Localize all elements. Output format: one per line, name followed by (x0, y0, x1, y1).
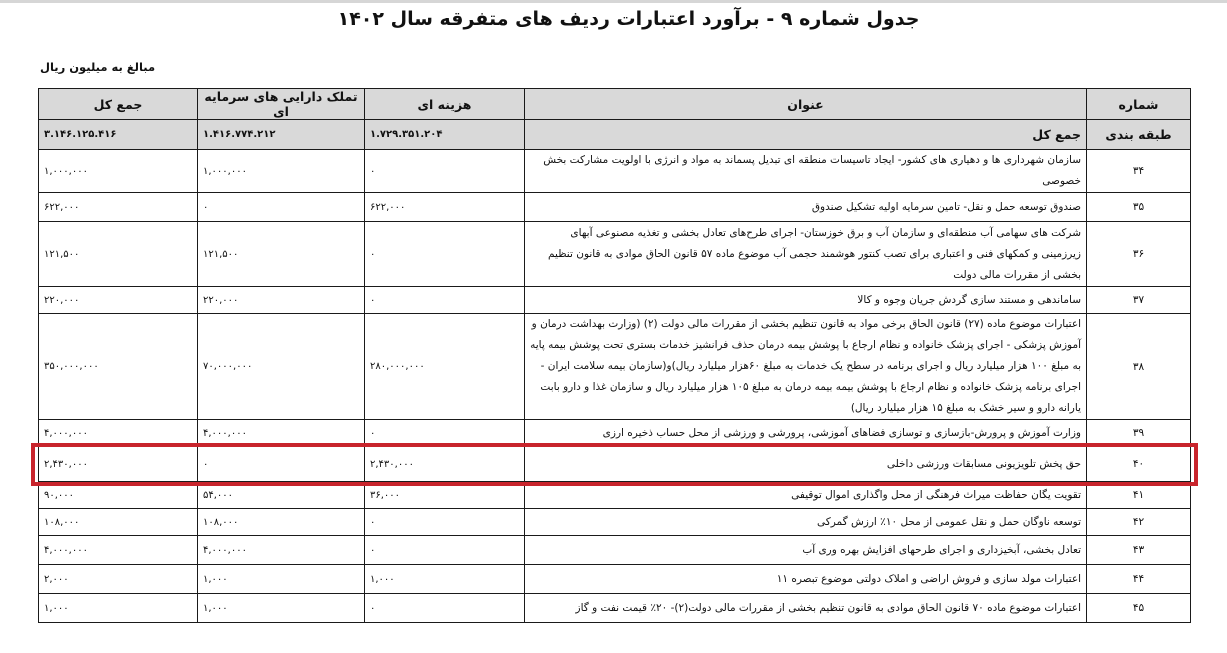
row-title: سازمان شهرداری ها و دهیاری های کشور- ایج… (525, 150, 1087, 193)
row-total: ۲۲۰,۰۰۰ (39, 287, 198, 314)
table-row: ۳۶ شرکت های سهامی آب منطقه‌ای و سازمان آ… (39, 222, 1191, 287)
row-capital: ۱,۰۰۰ (198, 565, 365, 594)
row-number: ۳۷ (1087, 287, 1191, 314)
row-number: ۳۹ (1087, 420, 1191, 447)
header-title: عنوان (525, 89, 1087, 120)
row-expense: ۰ (365, 287, 525, 314)
row-total: ۱۰۸,۰۰۰ (39, 509, 198, 536)
table-row: ۴۲ توسعه ناوگان حمل و نقل عمومی از محل ۱… (39, 509, 1191, 536)
table-row: ۳۷ ساماندهی و مستند سازی گردش جریان وجوه… (39, 287, 1191, 314)
row-expense: ۰ (365, 222, 525, 287)
grand-total-label: جمع کل (525, 120, 1087, 150)
row-title: وزارت آموزش و پرورش-بازسازی و توسازی فضا… (525, 420, 1087, 447)
row-expense: ۱,۰۰۰ (365, 565, 525, 594)
row-capital: ۴,۰۰۰,۰۰۰ (198, 420, 365, 447)
row-number: ۳۶ (1087, 222, 1191, 287)
table-row: ۴۱ تقویت یگان حفاظت میراث فرهنگی از محل … (39, 482, 1191, 509)
row-title: شرکت های سهامی آب منطقه‌ای و سازمان آب و… (525, 222, 1087, 287)
unit-note: مبالغ به میلیون ریال (40, 60, 240, 74)
grand-total-expense: ۱.۷۲۹.۳۵۱.۲۰۴ (365, 120, 525, 150)
row-capital: ۰ (198, 193, 365, 222)
top-divider (0, 0, 1227, 3)
table-row-highlighted: ۴۰ حق پخش تلویزیونی مسابقات ورزشی داخلی … (39, 447, 1191, 482)
row-expense: ۲,۴۳۰,۰۰۰ (365, 447, 525, 482)
header-capital: تملک دارایی های سرمایه ای (198, 89, 365, 120)
row-number: ۴۵ (1087, 594, 1191, 623)
table-row: ۴۴ اعتبارات مولد سازی و فروش اراضی و امل… (39, 565, 1191, 594)
table-header-row: شماره عنوان هزینه ای تملک دارایی های سرم… (39, 89, 1191, 120)
row-number: ۴۰ (1087, 447, 1191, 482)
classification-label: طبقه بندی (1087, 120, 1191, 150)
header-expense: هزینه ای (365, 89, 525, 120)
document-title: جدول شماره ۹ - برآورد اعتبارات ردیف های … (0, 8, 1227, 30)
row-number: ۴۱ (1087, 482, 1191, 509)
row-capital: ۷۰,۰۰۰,۰۰۰ (198, 314, 365, 420)
row-number: ۴۴ (1087, 565, 1191, 594)
row-title: تعادل بخشی، آبخیزداری و اجرای طرحهای افز… (525, 536, 1087, 565)
row-expense: ۰ (365, 509, 525, 536)
row-title: صندوق توسعه حمل و نقل- تامین سرمایه اولی… (525, 193, 1087, 222)
row-total: ۳۵۰,۰۰۰,۰۰۰ (39, 314, 198, 420)
row-capital: ۱۰۸,۰۰۰ (198, 509, 365, 536)
row-capital: ۱,۰۰۰,۰۰۰ (198, 150, 365, 193)
row-expense: ۰ (365, 420, 525, 447)
row-total: ۹۰,۰۰۰ (39, 482, 198, 509)
row-capital: ۲۲۰,۰۰۰ (198, 287, 365, 314)
row-expense: ۰ (365, 536, 525, 565)
row-total: ۱۲۱,۵۰۰ (39, 222, 198, 287)
row-capital: ۴,۰۰۰,۰۰۰ (198, 536, 365, 565)
row-total: ۲,۴۳۰,۰۰۰ (39, 447, 198, 482)
row-number: ۴۳ (1087, 536, 1191, 565)
row-number: ۳۸ (1087, 314, 1191, 420)
row-expense: ۶۲۲,۰۰۰ (365, 193, 525, 222)
row-title: اعتبارات موضوع ماده ۷۰ قانون الحاق موادی… (525, 594, 1087, 623)
row-total: ۶۲۲,۰۰۰ (39, 193, 198, 222)
row-expense: ۲۸۰,۰۰۰,۰۰۰ (365, 314, 525, 420)
header-total: جمع کل (39, 89, 198, 120)
row-title: تقویت یگان حفاظت میراث فرهنگی از محل واگ… (525, 482, 1087, 509)
row-title: حق پخش تلویزیونی مسابقات ورزشی داخلی (525, 447, 1087, 482)
header-number: شماره (1087, 89, 1191, 120)
row-total: ۴,۰۰۰,۰۰۰ (39, 420, 198, 447)
row-expense: ۰ (365, 150, 525, 193)
table-row: ۴۵ اعتبارات موضوع ماده ۷۰ قانون الحاق مو… (39, 594, 1191, 623)
row-number: ۴۲ (1087, 509, 1191, 536)
document-title-text: جدول شماره ۹ - برآورد اعتبارات ردیف های … (338, 8, 920, 30)
row-capital: ۰ (198, 447, 365, 482)
table-row: ۳۸ اعتبارات موضوع ماده (۲۷) قانون الحاق … (39, 314, 1191, 420)
row-expense: ۰ (365, 594, 525, 623)
row-total: ۲,۰۰۰ (39, 565, 198, 594)
row-number: ۳۴ (1087, 150, 1191, 193)
row-capital: ۱,۰۰۰ (198, 594, 365, 623)
row-title: ساماندهی و مستند سازی گردش جریان وجوه و … (525, 287, 1087, 314)
grand-total-capital: ۱.۴۱۶.۷۷۴.۲۱۲ (198, 120, 365, 150)
grand-total-total: ۳.۱۴۶.۱۲۵.۴۱۶ (39, 120, 198, 150)
table-row: ۳۵ صندوق توسعه حمل و نقل- تامین سرمایه ا… (39, 193, 1191, 222)
row-total: ۴,۰۰۰,۰۰۰ (39, 536, 198, 565)
row-total: ۱,۰۰۰,۰۰۰ (39, 150, 198, 193)
table-row: ۳۴ سازمان شهرداری ها و دهیاری های کشور- … (39, 150, 1191, 193)
row-title: اعتبارات موضوع ماده (۲۷) قانون الحاق برخ… (525, 314, 1087, 420)
table-row: ۴۳ تعادل بخشی، آبخیزداری و اجرای طرحهای … (39, 536, 1191, 565)
row-expense: ۳۶,۰۰۰ (365, 482, 525, 509)
row-capital: ۵۴,۰۰۰ (198, 482, 365, 509)
grand-total-row: طبقه بندی جمع کل ۱.۷۲۹.۳۵۱.۲۰۴ ۱.۴۱۶.۷۷۴… (39, 120, 1191, 150)
unit-note-text: مبالغ به میلیون ریال (40, 60, 155, 74)
budget-table: شماره عنوان هزینه ای تملک دارایی های سرم… (38, 88, 1191, 623)
row-title: توسعه ناوگان حمل و نقل عمومی از محل ۱۰٪ … (525, 509, 1087, 536)
row-capital: ۱۲۱,۵۰۰ (198, 222, 365, 287)
row-number: ۳۵ (1087, 193, 1191, 222)
table-row: ۳۹ وزارت آموزش و پرورش-بازسازی و توسازی … (39, 420, 1191, 447)
row-total: ۱,۰۰۰ (39, 594, 198, 623)
row-title: اعتبارات مولد سازی و فروش اراضی و املاک … (525, 565, 1087, 594)
